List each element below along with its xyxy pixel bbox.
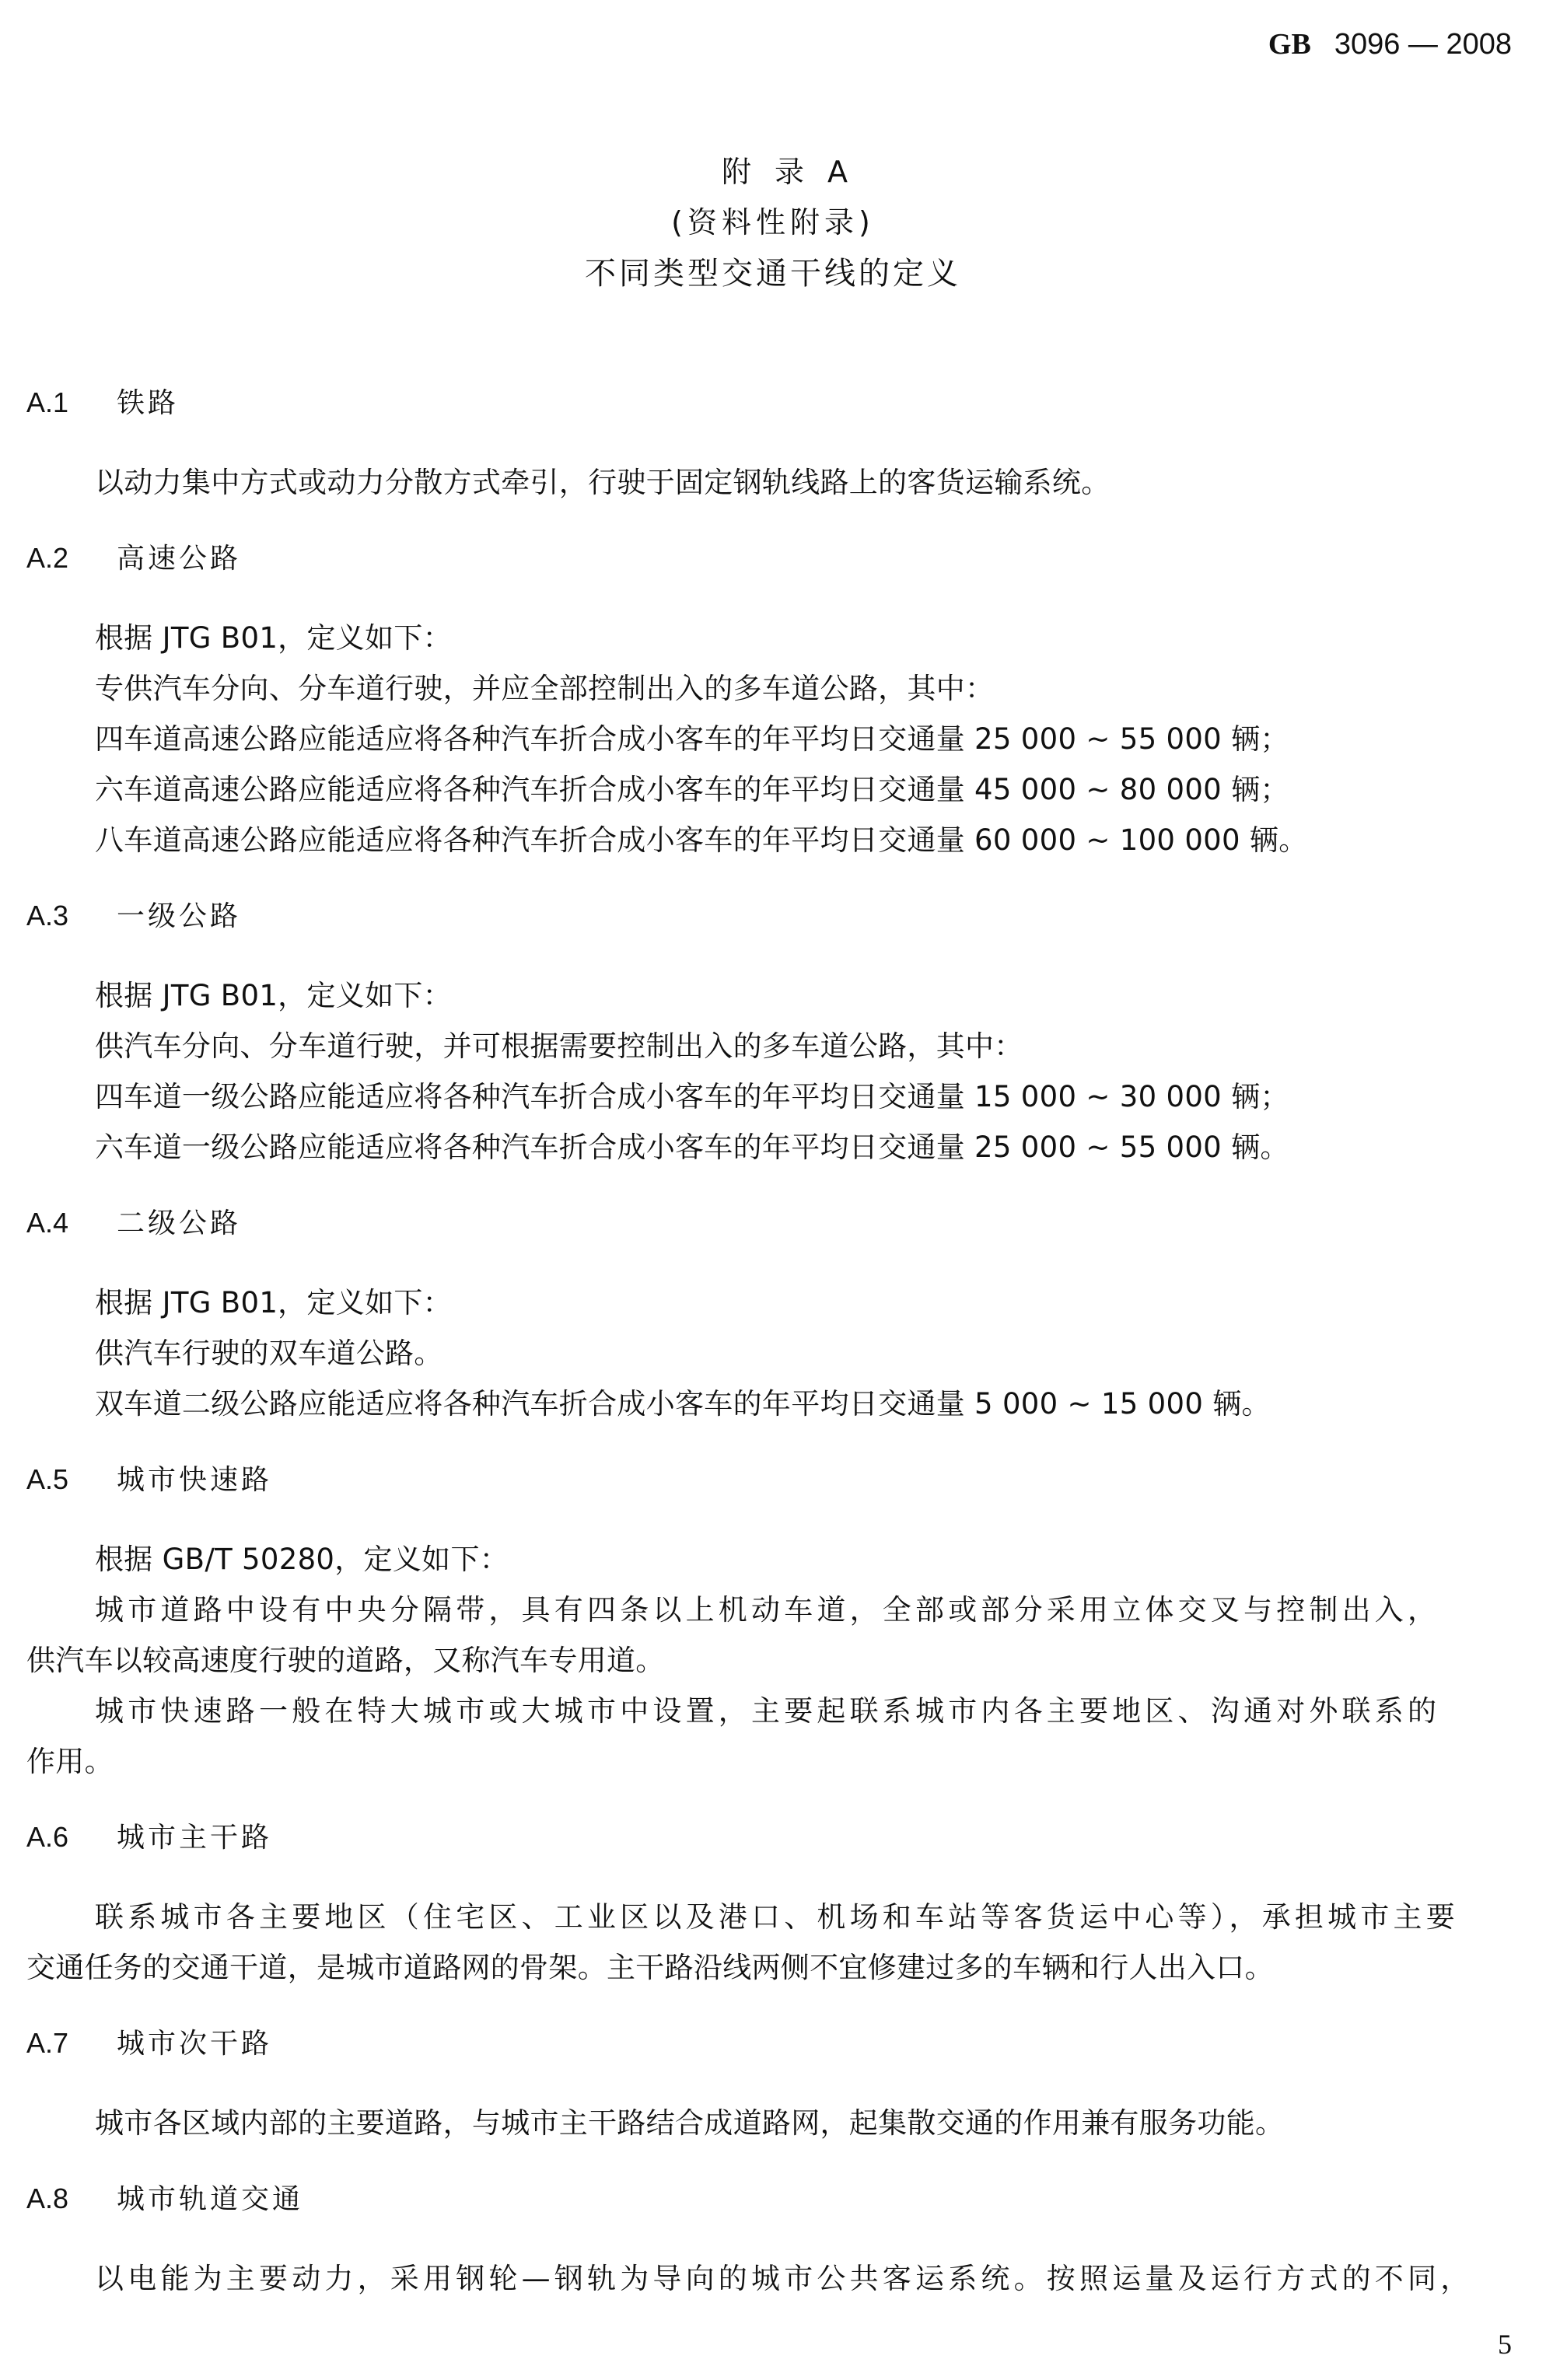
paragraph: 根据 GB/T 50280，定义如下： <box>95 1536 509 1578</box>
paragraph: 根据 JTG B01，定义如下： <box>95 614 452 656</box>
section-name: 城市主干路 <box>117 1822 272 1854</box>
section-name: 二级公路 <box>117 1207 241 1239</box>
paragraph: 城市快速路一般在特大城市或大城市中设置，主要起联系城市内各主要地区、沟通对外联系… <box>95 1687 1440 1729</box>
paragraph: 城市各区域内部的主要道路，与城市主干路结合成道路网，起集散交通的作用兼有服务功能… <box>95 2099 1284 2141</box>
standard-number: 3096 — 2008 <box>1334 28 1512 61</box>
section-number: A.1 <box>26 386 117 419</box>
paragraph: 六车道高速公路应能适应将各种汽车折合成小客车的年平均日交通量 45 000 ~ … <box>95 766 1289 808</box>
section-name: 铁路 <box>117 387 179 419</box>
section-heading-a2: A.2高速公路 <box>26 536 241 576</box>
section-name: 高速公路 <box>117 543 241 575</box>
standard-code-header: GB3096 — 2008 <box>1268 26 1512 61</box>
section-number: A.4 <box>26 1207 117 1239</box>
appendix-type: (资料性附录) <box>0 198 1546 241</box>
section-heading-a7: A.7城市次干路 <box>26 2022 272 2061</box>
section-heading-a1: A.1铁路 <box>26 381 179 421</box>
section-name: 城市快速路 <box>117 1464 272 1496</box>
paragraph: 交通任务的交通干道，是城市道路网的骨架。主干路沿线两侧不宜修建过多的车辆和行人出… <box>26 1944 1274 1986</box>
section-number: A.2 <box>26 542 117 575</box>
paragraph: 四车道一级公路应能适应将各种汽车折合成小客车的年平均日交通量 15 000 ~ … <box>95 1073 1289 1115</box>
section-name: 一级公路 <box>117 900 241 932</box>
page-number: 5 <box>1498 2328 1512 2361</box>
section-name: 城市轨道交通 <box>117 2183 303 2215</box>
section-heading-a8: A.8城市轨道交通 <box>26 2177 303 2217</box>
section-heading-a6: A.6城市主干路 <box>26 1816 272 1855</box>
section-number: A.3 <box>26 900 117 932</box>
paragraph: 四车道高速公路应能适应将各种汽车折合成小客车的年平均日交通量 25 000 ~ … <box>95 715 1289 757</box>
paragraph: 联系城市各主要地区（住宅区、工业区以及港口、机场和车站等客货运中心等），承担城市… <box>95 1893 1459 1935</box>
paragraph: 以电能为主要动力，采用钢轮—钢轨为导向的城市公共客运系统。按照运量及运行方式的不… <box>95 2255 1473 2297</box>
paragraph: 供汽车行驶的双车道公路。 <box>95 1330 443 1372</box>
section-number: A.7 <box>26 2027 117 2060</box>
appendix-title: 附录A <box>0 148 1546 190</box>
appendix-subject: 不同类型交通干线的定义 <box>0 249 1546 293</box>
paragraph: 根据 JTG B01，定义如下： <box>95 972 452 1014</box>
paragraph: 八车道高速公路应能适应将各种汽车折合成小客车的年平均日交通量 60 000 ~ … <box>95 816 1308 858</box>
paragraph: 城市道路中设有中央分隔带，具有四条以上机动车道，全部或部分采用立体交叉与控制出入… <box>95 1586 1440 1628</box>
standard-prefix: GB <box>1268 28 1311 61</box>
section-number: A.6 <box>26 1821 117 1854</box>
section-heading-a4: A.4二级公路 <box>26 1201 241 1241</box>
paragraph: 作用。 <box>26 1738 114 1780</box>
paragraph: 供汽车以较高速度行驶的道路，又称汽车专用道。 <box>26 1637 665 1679</box>
section-number: A.5 <box>26 1463 117 1496</box>
section-name: 城市次干路 <box>117 2028 272 2060</box>
paragraph: 以动力集中方式或动力分散方式牵引，行驶于固定钢轨线路上的客货运输系统。 <box>95 459 1111 501</box>
section-number: A.8 <box>26 2183 117 2215</box>
paragraph: 双车道二级公路应能适应将各种汽车折合成小客车的年平均日交通量 5 000 ~ 1… <box>95 1380 1271 1422</box>
document-page: GB3096 — 2008 附录A (资料性附录) 不同类型交通干线的定义 A.… <box>0 0 1546 2380</box>
section-heading-a3: A.3一级公路 <box>26 894 241 934</box>
paragraph: 六车道一级公路应能适应将各种汽车折合成小客车的年平均日交通量 25 000 ~ … <box>95 1124 1289 1166</box>
section-heading-a5: A.5城市快速路 <box>26 1458 272 1498</box>
paragraph: 专供汽车分向、分车道行驶，并应全部控制出入的多车道公路，其中： <box>95 665 994 707</box>
paragraph: 供汽车分向、分车道行驶，并可根据需要控制出入的多车道公路，其中： <box>95 1022 1023 1064</box>
paragraph: 根据 JTG B01，定义如下： <box>95 1279 452 1321</box>
